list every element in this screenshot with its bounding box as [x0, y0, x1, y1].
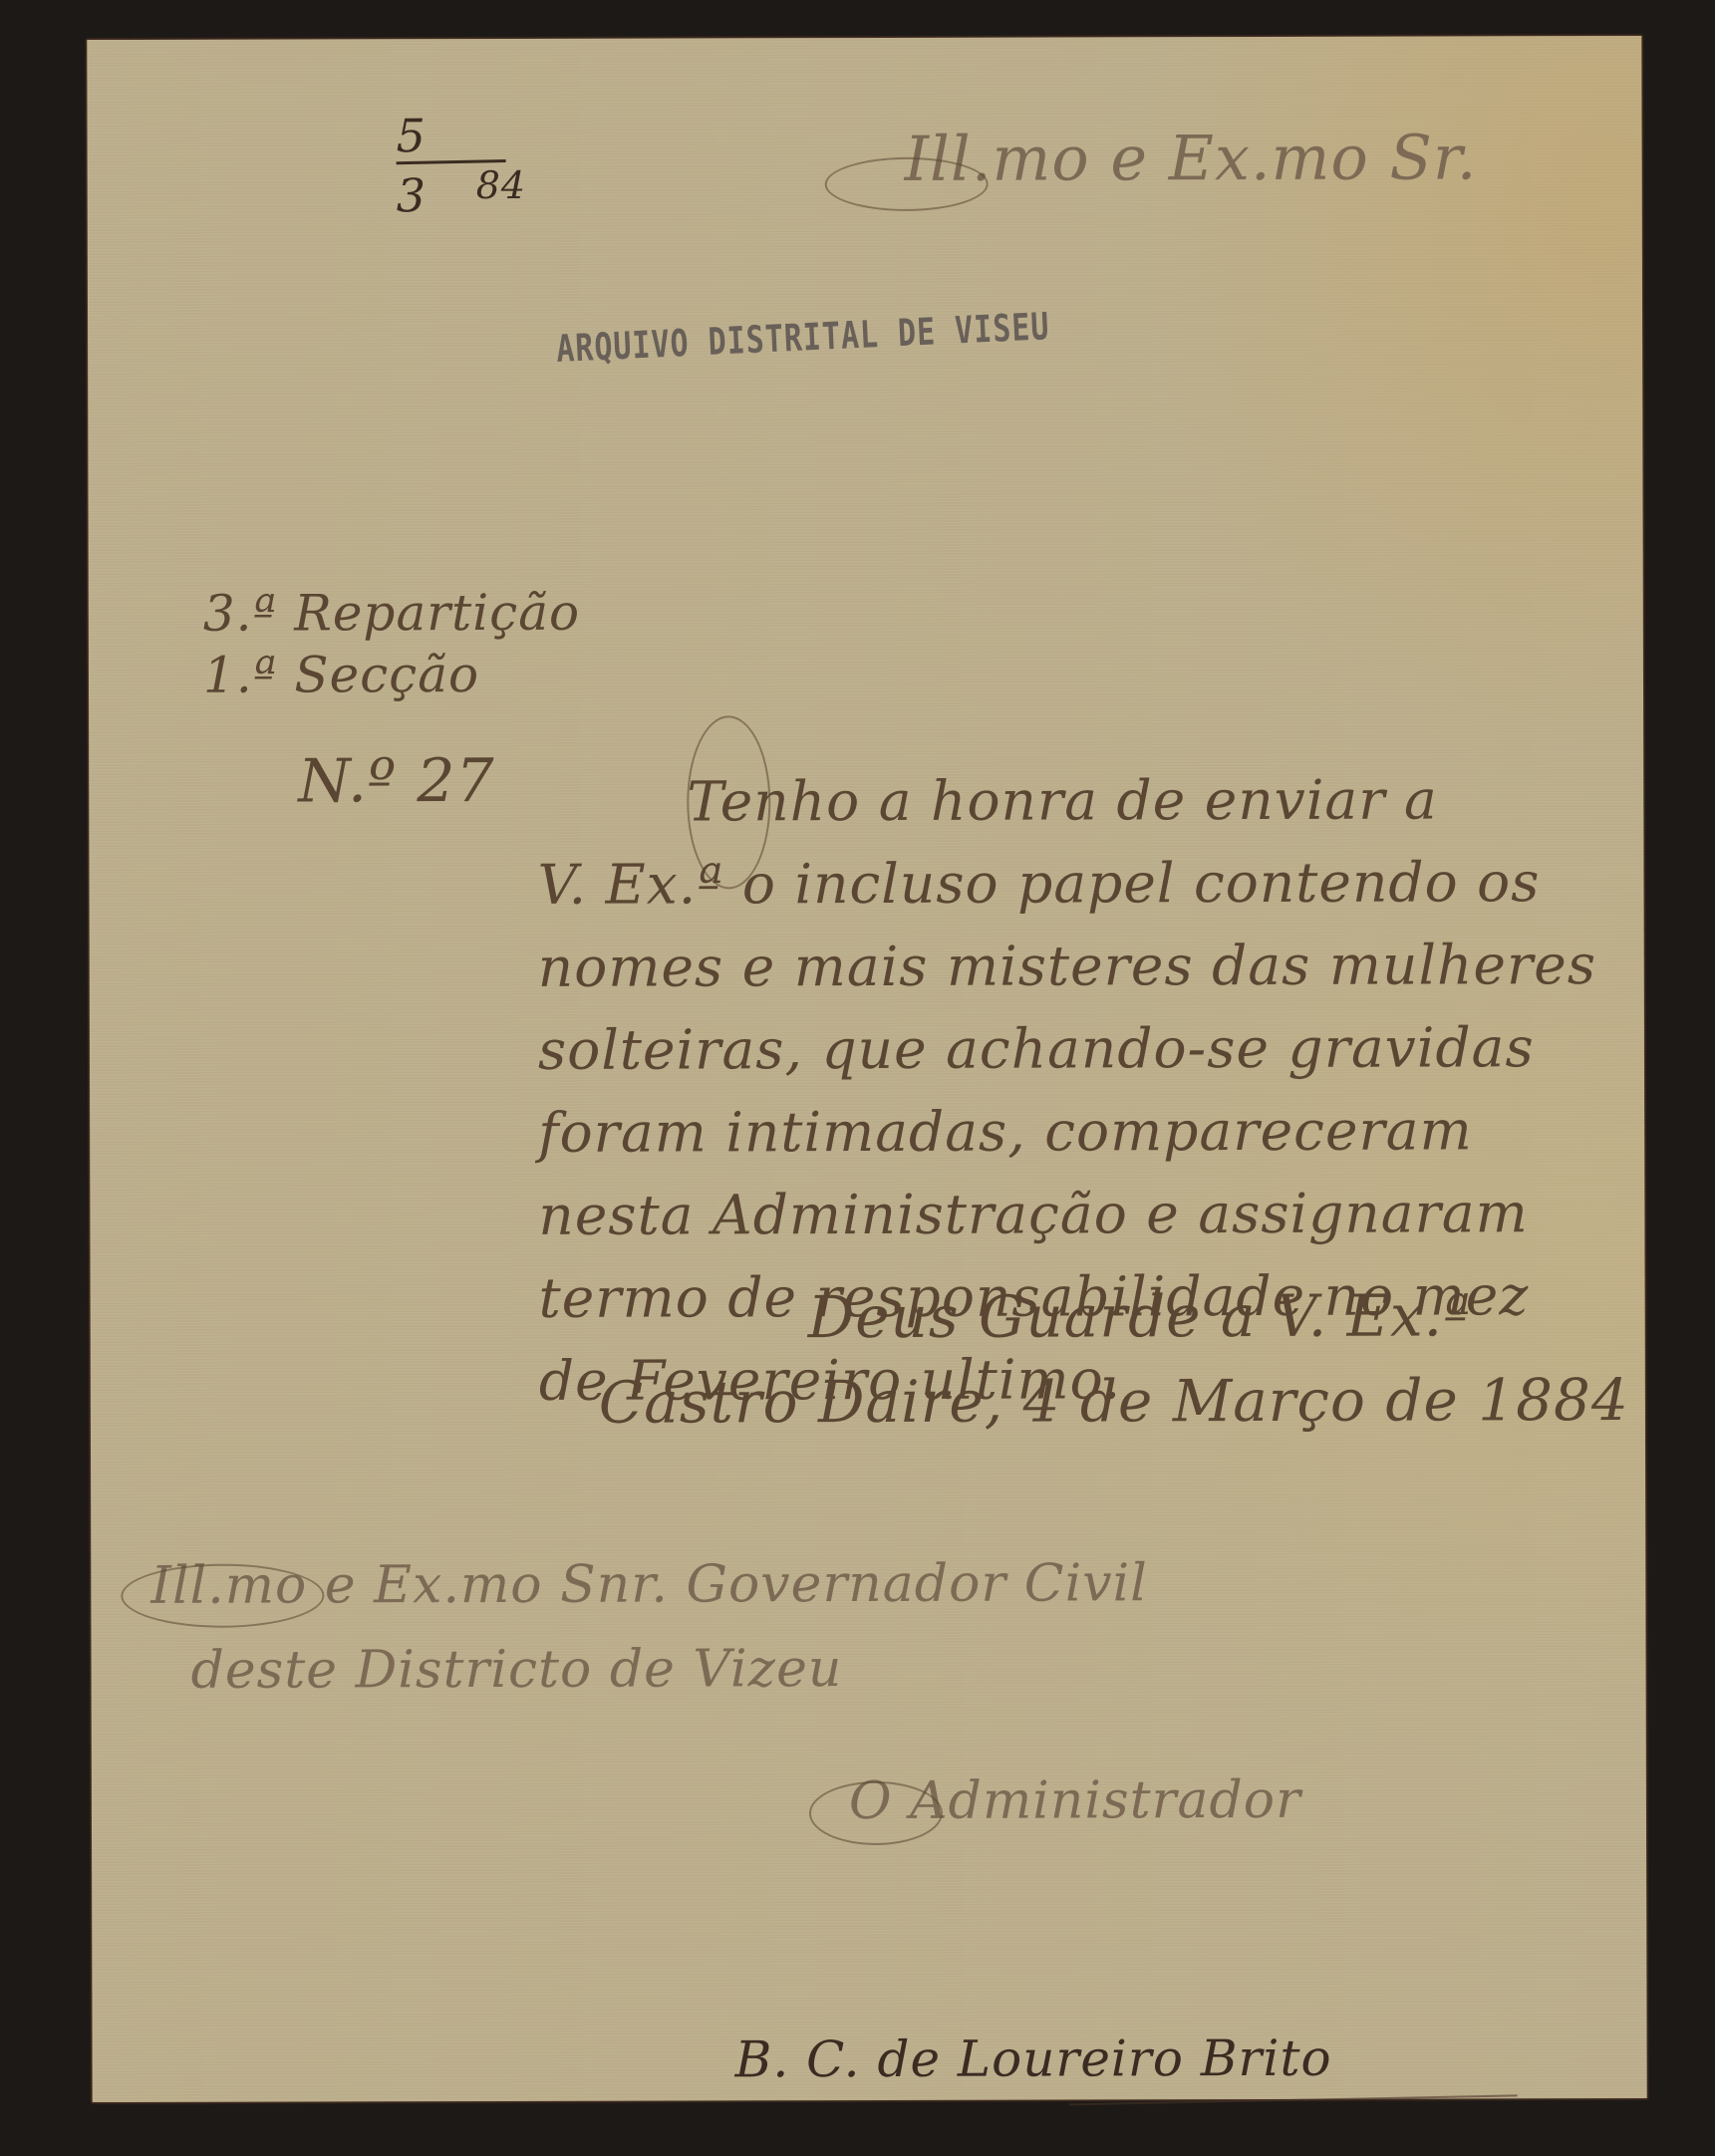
addressee-line-district: deste Districto de Vizeu [150, 1626, 1148, 1714]
reference-number: 5 3 84 [396, 109, 426, 162]
department-line-repartition: 3.ª Repartição [203, 582, 580, 645]
archive-stamp: ARQUIVO DISTRITAL DE VISEU [555, 305, 1050, 372]
letter-page: 5 3 84 Ill.mo e Ex.mo Sr. ARQUIVO DISTRI… [87, 36, 1646, 2102]
reference-year: 84 [476, 163, 526, 207]
signature-underline [1069, 2094, 1518, 2105]
salutation: Ill.mo e Ex.mo Sr. [905, 121, 1478, 195]
body-line: solteiras, que achando-se gravidas [538, 1006, 1597, 1092]
reference-top: 5 [396, 109, 426, 162]
place-and-date: Castro Daire, 4 de Março de 1884 [599, 1366, 1629, 1437]
signatory-name: B. C. de Loureiro Brito [735, 2029, 1332, 2089]
department-block: 3.ª Repartição 1.ª Secção [203, 582, 581, 706]
body-line: nesta Administração e assignaram [538, 1172, 1597, 1257]
addressee-block: Ill.mo e Ex.mo Snr. Governador Civil des… [150, 1541, 1148, 1714]
closing-formula: Deus Guarde a V. Ex.ª [808, 1281, 1472, 1351]
salutation-flourish [825, 157, 989, 211]
body-line: nomes e mais misteres das mulheres [538, 924, 1597, 1009]
addressee-flourish [121, 1563, 324, 1628]
body-line: foram intimadas, compareceram [538, 1089, 1597, 1175]
reference-bottom: 3 [397, 168, 427, 222]
initial-flourish [687, 715, 770, 889]
department-line-section: 1.ª Secção [203, 644, 580, 706]
document-number: N.º 27 [298, 746, 495, 817]
signatory-flourish [809, 1781, 943, 1845]
